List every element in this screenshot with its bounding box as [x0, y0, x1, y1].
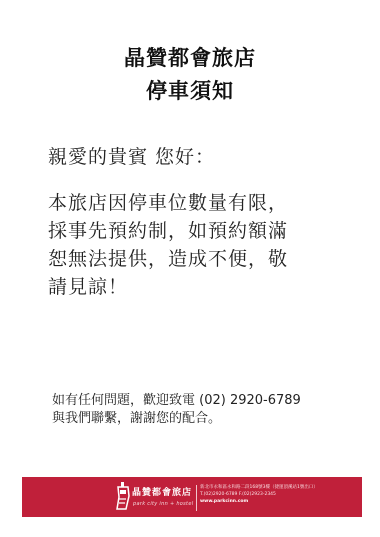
paragraph-line: 採事先預約制，如預約額滿 — [48, 217, 288, 245]
footer-divider — [196, 485, 197, 511]
paragraph-line: 本旅店因停車位數量有限， — [48, 189, 288, 217]
address-text: 新北市永和區永和路二段168號3樓（捷運頂溪站1號出口） — [200, 484, 318, 491]
footer-address-block: 新北市永和區永和路二段168號3樓（捷運頂溪站1號出口） T.(02)2920-… — [200, 484, 318, 505]
phone-fax-text: T.(02)2920-6789 F.(02)2923-2345 — [200, 491, 318, 498]
notice-title: 停車須知 — [0, 75, 380, 105]
greeting-text: 親愛的貴賓 您好： — [48, 142, 215, 169]
brand-name-en: park city inn + hostel — [133, 501, 193, 507]
paragraph-line: 請見諒！ — [48, 273, 288, 301]
contact-line: 如有任何問題，歡迎致電 (02) 2920-6789 — [52, 392, 301, 410]
paragraph-line: 恕無法提供，造成不便，敬 — [48, 245, 288, 273]
brand-name-zh: 晶贊都會旅店 — [132, 485, 192, 498]
notice-paragraph: 本旅店因停車位數量有限， 採事先預約制，如預約額滿 恕無法提供，造成不便，敬 請… — [48, 189, 288, 301]
website-link[interactable]: www.parkcinn.com — [200, 498, 318, 505]
contact-info: 如有任何問題，歡迎致電 (02) 2920-6789 與我們聯繫，謝謝您的配合。 — [52, 392, 301, 428]
hotel-logo-icon — [115, 482, 131, 512]
contact-line: 與我們聯繫，謝謝您的配合。 — [52, 410, 301, 428]
hotel-name-title: 晶贊都會旅店 — [0, 42, 380, 72]
